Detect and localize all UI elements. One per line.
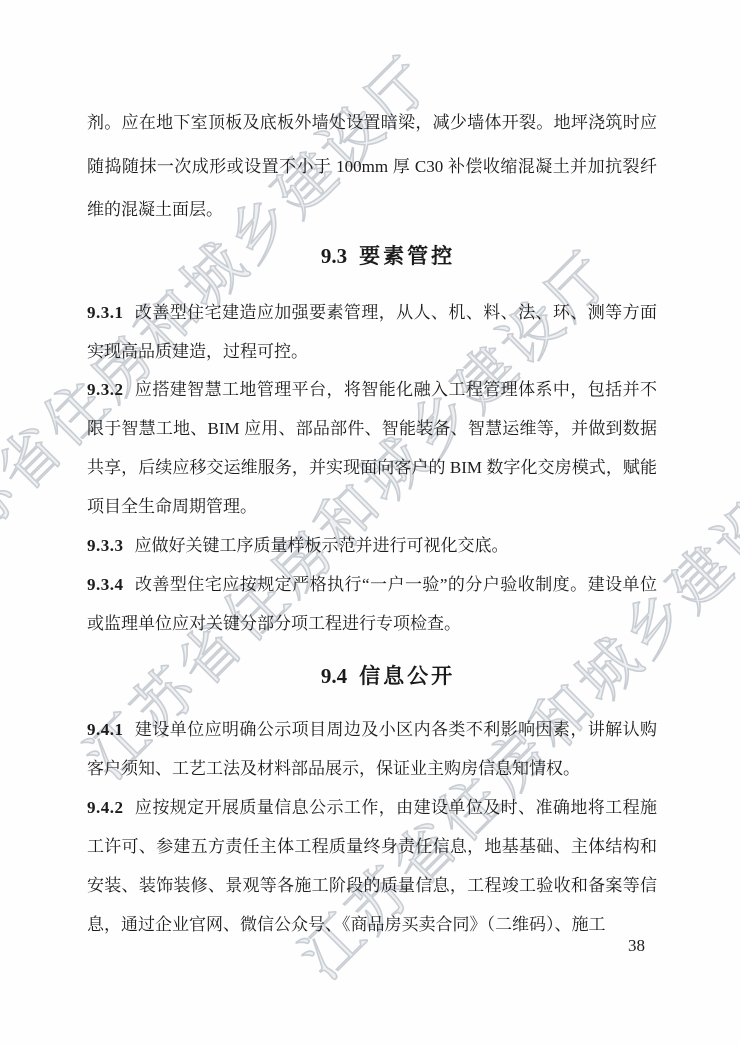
clause-9-3-4: 9.3.4改善型住宅应按规定严格执行“一户一验”的分户验收制度。建设单位或监理单… xyxy=(87,565,657,643)
clause-text: 改善型住宅建造应加强要素管理，从人、机、料、法、环、测等方面实现高品质建造，过程… xyxy=(87,303,657,361)
clause-text: 应做好关键工序质量样板示范并进行可视化交底。 xyxy=(135,536,509,555)
clause-number: 9.4.1 xyxy=(87,720,124,739)
clause-text: 改善型住宅应按规定严格执行“一户一验”的分户验收制度。建设单位或监理单位应对关键… xyxy=(87,575,657,633)
clause-9-3-1: 9.3.1改善型住宅建造应加强要素管理，从人、机、料、法、环、测等方面实现高品质… xyxy=(87,293,657,371)
clause-9-4-1: 9.4.1建设单位应明确公示项目周边及小区内各类不利影响因素，讲解认购客户须知、… xyxy=(87,710,657,788)
clause-text: 应搭建智慧工地管理平台，将智能化融入工程管理体系中，包括并不限于智慧工地、BIM… xyxy=(87,380,657,516)
clause-number: 9.3.3 xyxy=(87,536,124,555)
section-number: 9.3 xyxy=(321,244,347,268)
clause-9-3-2: 9.3.2应搭建智慧工地管理平台，将智能化融入工程管理体系中，包括并不限于智慧工… xyxy=(87,370,657,526)
section-heading-9-3: 9.3要素管控 xyxy=(38,242,738,271)
clause-9-4-2: 9.4.2应按规定开展质量信息公示工作，由建设单位及时、准确地将工程施工许可、参… xyxy=(87,788,657,944)
clause-9-3-3: 9.3.3应做好关键工序质量样板示范并进行可视化交底。 xyxy=(87,526,657,565)
section-title: 信息公开 xyxy=(359,665,455,688)
document-page: 江苏省住房和城乡建设厅 江苏省住房和城乡建设厅 江苏省住房和城乡建设厅 剂。应在… xyxy=(0,0,740,1046)
clause-number: 9.3.2 xyxy=(87,380,124,399)
section-title: 要素管控 xyxy=(359,245,455,268)
clause-text: 应按规定开展质量信息公示工作，由建设单位及时、准确地将工程施工许可、参建五方责任… xyxy=(87,798,657,934)
page-number: 38 xyxy=(628,935,645,957)
clause-number: 9.3.4 xyxy=(87,575,124,594)
section-number: 9.4 xyxy=(321,664,347,688)
paragraph-continuation: 剂。应在地下室顶板及底板外墙处设置暗梁，减少墙体开裂。地坪浇筑时应随捣随抹一次成… xyxy=(87,101,657,232)
clause-text: 建设单位应明确公示项目周边及小区内各类不利影响因素，讲解认购客户须知、工艺工法及… xyxy=(87,720,657,778)
clause-number: 9.4.2 xyxy=(87,798,124,817)
clause-number: 9.3.1 xyxy=(87,303,124,322)
section-heading-9-4: 9.4信息公开 xyxy=(38,662,738,691)
